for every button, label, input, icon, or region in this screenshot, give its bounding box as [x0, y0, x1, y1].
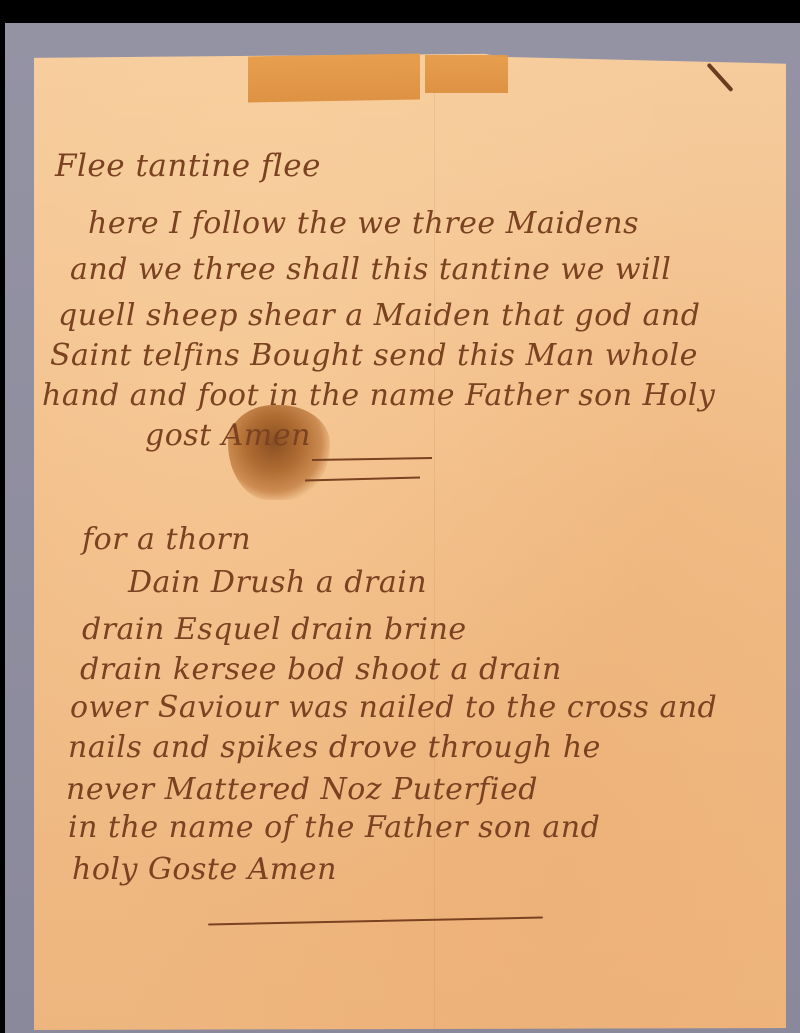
charm-line: Saint telfins Bought send this Man whole: [50, 338, 698, 373]
charm-line: drain kersee bod shoot a drain: [80, 652, 562, 687]
charm-heading-2: for a thorn: [82, 522, 251, 557]
charm-line: drain Esquel drain brine: [82, 612, 467, 647]
photo-frame: Flee tantine flee here I follow the we t…: [0, 0, 800, 1033]
charm-line: here I follow the we three Maidens: [88, 206, 639, 241]
charm-line: gost Amen: [145, 418, 311, 453]
charm-line: Dain Drush a drain: [128, 565, 427, 600]
charm-line: ower Saviour was nailed to the cross and: [70, 690, 717, 725]
charm-line: and we three shall this tantine we will: [70, 252, 671, 287]
tape-strip-left: [248, 53, 420, 102]
charm-line: never Mattered Noz Puterfied: [66, 772, 538, 807]
charm-line: quell sheep shear a Maiden that god and: [58, 298, 700, 333]
tape-strip-right: [425, 55, 508, 93]
charm-line: hand and foot in the name Father son Hol…: [42, 378, 715, 413]
fold-crease: [434, 48, 435, 1030]
charm-line: in the name of the Father son and: [68, 810, 600, 845]
charm-heading-1: Flee tantine flee: [55, 148, 321, 184]
charm-line: holy Goste Amen: [72, 852, 337, 887]
charm-line: nails and spikes drove through he: [68, 730, 601, 765]
